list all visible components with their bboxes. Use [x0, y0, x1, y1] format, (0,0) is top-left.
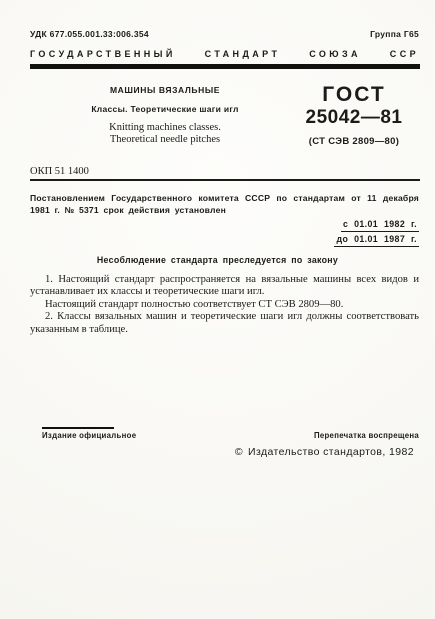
gost-label: ГОСТ: [288, 84, 420, 106]
okp-code-row: ОКП 51 1400: [30, 166, 420, 181]
body-paragraph-3: 2. Классы вязальных машин и теоретически…: [30, 311, 419, 336]
state-standard-header: ГОСУДАРСТВЕННЫЙ СТАНДАРТ СОЮЗА ССР: [30, 49, 419, 59]
standard-title-block: МАШИНЫ ВЯЗАЛЬНЫЕ Классы. Теоретические ш…: [45, 85, 285, 145]
standard-body-text: 1. Настоящий стандарт распространяется н…: [30, 274, 419, 336]
udk-code: УДК 677.055.001.33:006.354: [30, 29, 149, 39]
state-standard-word: ГОСУДАРСТВЕННЫЙ: [30, 49, 176, 59]
gost-number: 25042—81: [288, 106, 420, 129]
state-standard-word: ССР: [390, 49, 419, 59]
standard-subtitle-ru: Классы. Теоретические шаги игл: [45, 104, 285, 114]
standard-designation-block: ГОСТ 25042—81 (СТ СЭВ 2809—80): [288, 84, 420, 147]
decree-paragraph: Постановлением Государственного комитета…: [30, 192, 419, 216]
copyright-text: Издательство стандартов, 1982: [248, 446, 414, 458]
group-code: Группа Г65: [370, 29, 419, 39]
reprint-notice-label: Перепечатка воспрещена: [314, 431, 419, 440]
valid-to-date: до 01.01 1987 г.: [334, 234, 419, 247]
valid-from-date: с 01.01 1982 г.: [341, 219, 419, 232]
okp-code: ОКП 51 1400: [30, 166, 89, 177]
copyright-icon: ©: [235, 446, 243, 458]
standard-title-ru: МАШИНЫ ВЯЗАЛЬНЫЕ: [45, 85, 285, 95]
state-standard-word: СОЮЗА: [309, 49, 361, 59]
gost-standard-page: УДК 677.055.001.33:006.354 Группа Г65 ГО…: [0, 0, 435, 619]
top-identifiers-row: УДК 677.055.001.33:006.354 Группа Г65: [30, 29, 419, 39]
copyright-line: ©Издательство стандартов, 1982: [235, 446, 414, 458]
law-notice: Несоблюдение стандарта преследуется по з…: [0, 255, 435, 265]
official-edition-label: Издание официальное: [42, 431, 136, 440]
body-paragraph-2: Настоящий стандарт полностью соответству…: [30, 299, 419, 311]
body-paragraph-1: 1. Настоящий стандарт распространяется н…: [30, 274, 419, 299]
footer-divider-rule: [42, 427, 114, 429]
standard-title-en-line1: Knitting machines classes.: [45, 122, 285, 134]
standard-title-en-line2: Theoretical needle pitches: [45, 134, 285, 146]
header-divider-bar: [30, 64, 420, 69]
sev-reference: (СТ СЭВ 2809—80): [288, 136, 420, 147]
validity-dates: с 01.01 1982 г. до 01.01 1987 г.: [334, 219, 419, 249]
state-standard-word: СТАНДАРТ: [205, 49, 281, 59]
